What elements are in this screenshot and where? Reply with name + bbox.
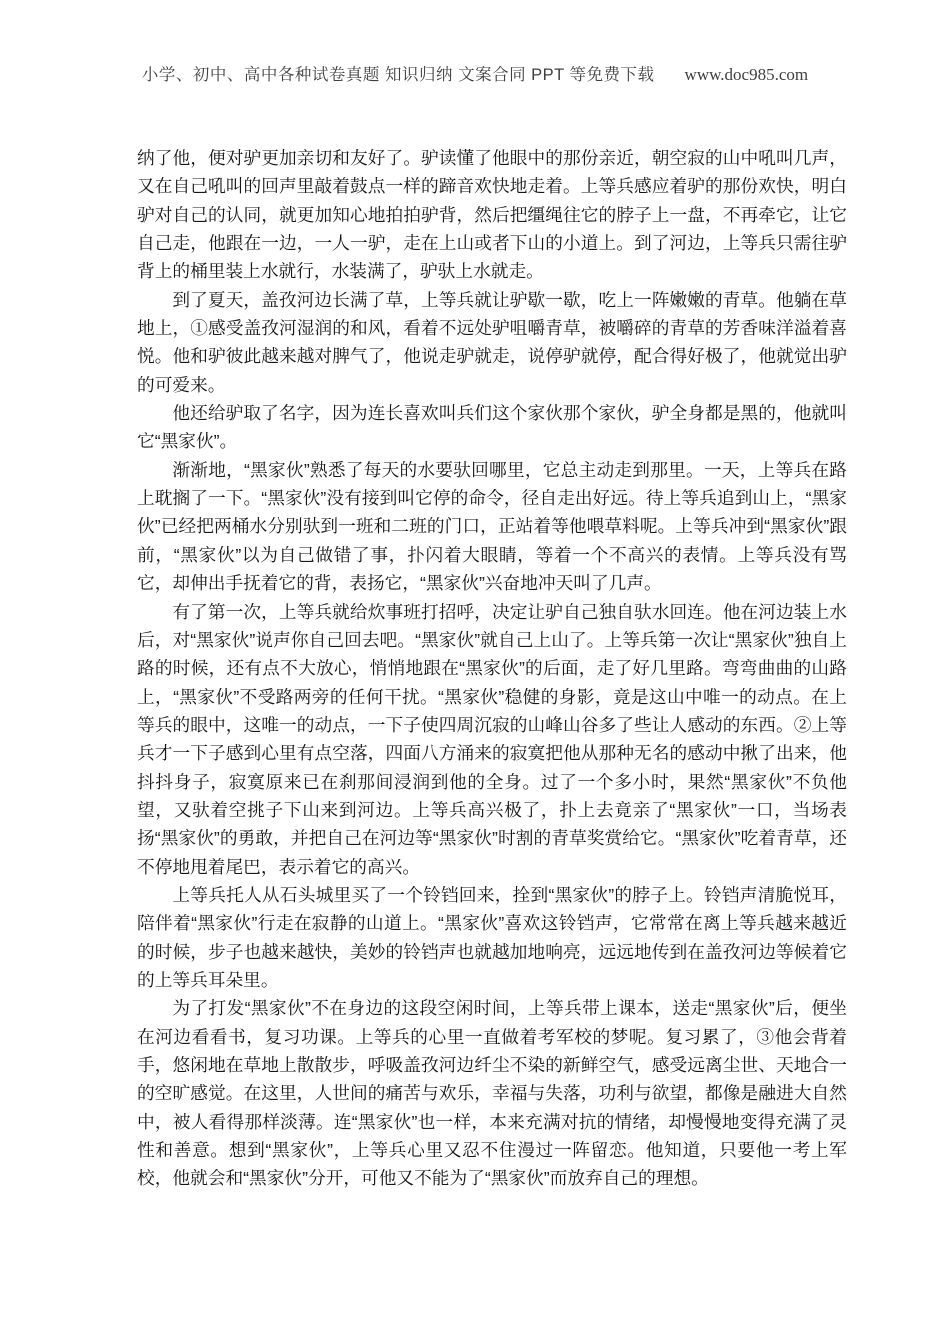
paragraph: 渐渐地，“黑家伙”熟悉了每天的水要驮回哪里，它总主动走到那里。一天，上等兵在路上… (137, 456, 847, 598)
paragraph: 上等兵托人从石头城里买了一个铃铛回来，拴到“黑家伙”的脖子上。铃铛声清脆悦耳，陪… (137, 881, 847, 994)
paragraph: 有了第一次，上等兵就给炊事班打招呼，决定让驴自己独自驮水回连。他在河边装上水后，… (137, 598, 847, 881)
paragraph: 纳了他，便对驴更加亲切和友好了。驴读懂了他眼中的那份亲近，朝空寂的山中吼叫几声，… (137, 144, 847, 286)
document-page: 小学、初中、高中各种试卷真题 知识归纳 文案合同 PPT 等免费下载www.do… (0, 0, 950, 1344)
paragraph: 他还给驴取了名字，因为连长喜欢叫兵们这个家伙那个家伙，驴全身都是黑的，他就叫它“… (137, 399, 847, 456)
paragraph: 到了夏天，盖孜河边长满了草，上等兵就让驴歇一歇，吃上一阵嫩嫩的青草。他躺在草地上… (137, 286, 847, 399)
article-body: 纳了他，便对驴更加亲切和友好了。驴读懂了他眼中的那份亲近，朝空寂的山中吼叫几声，… (137, 144, 847, 1193)
page-header: 小学、初中、高中各种试卷真题 知识归纳 文案合同 PPT 等免费下载www.do… (0, 64, 950, 86)
header-promo-text: 小学、初中、高中各种试卷真题 知识归纳 文案合同 PPT 等免费下载 (142, 66, 655, 84)
paragraph: 为了打发“黑家伙”不在身边的这段空闲时间，上等兵带上课本，送走“黑家伙”后，便坐… (137, 994, 847, 1192)
header-site-url[interactable]: www.doc985.com (685, 65, 809, 84)
